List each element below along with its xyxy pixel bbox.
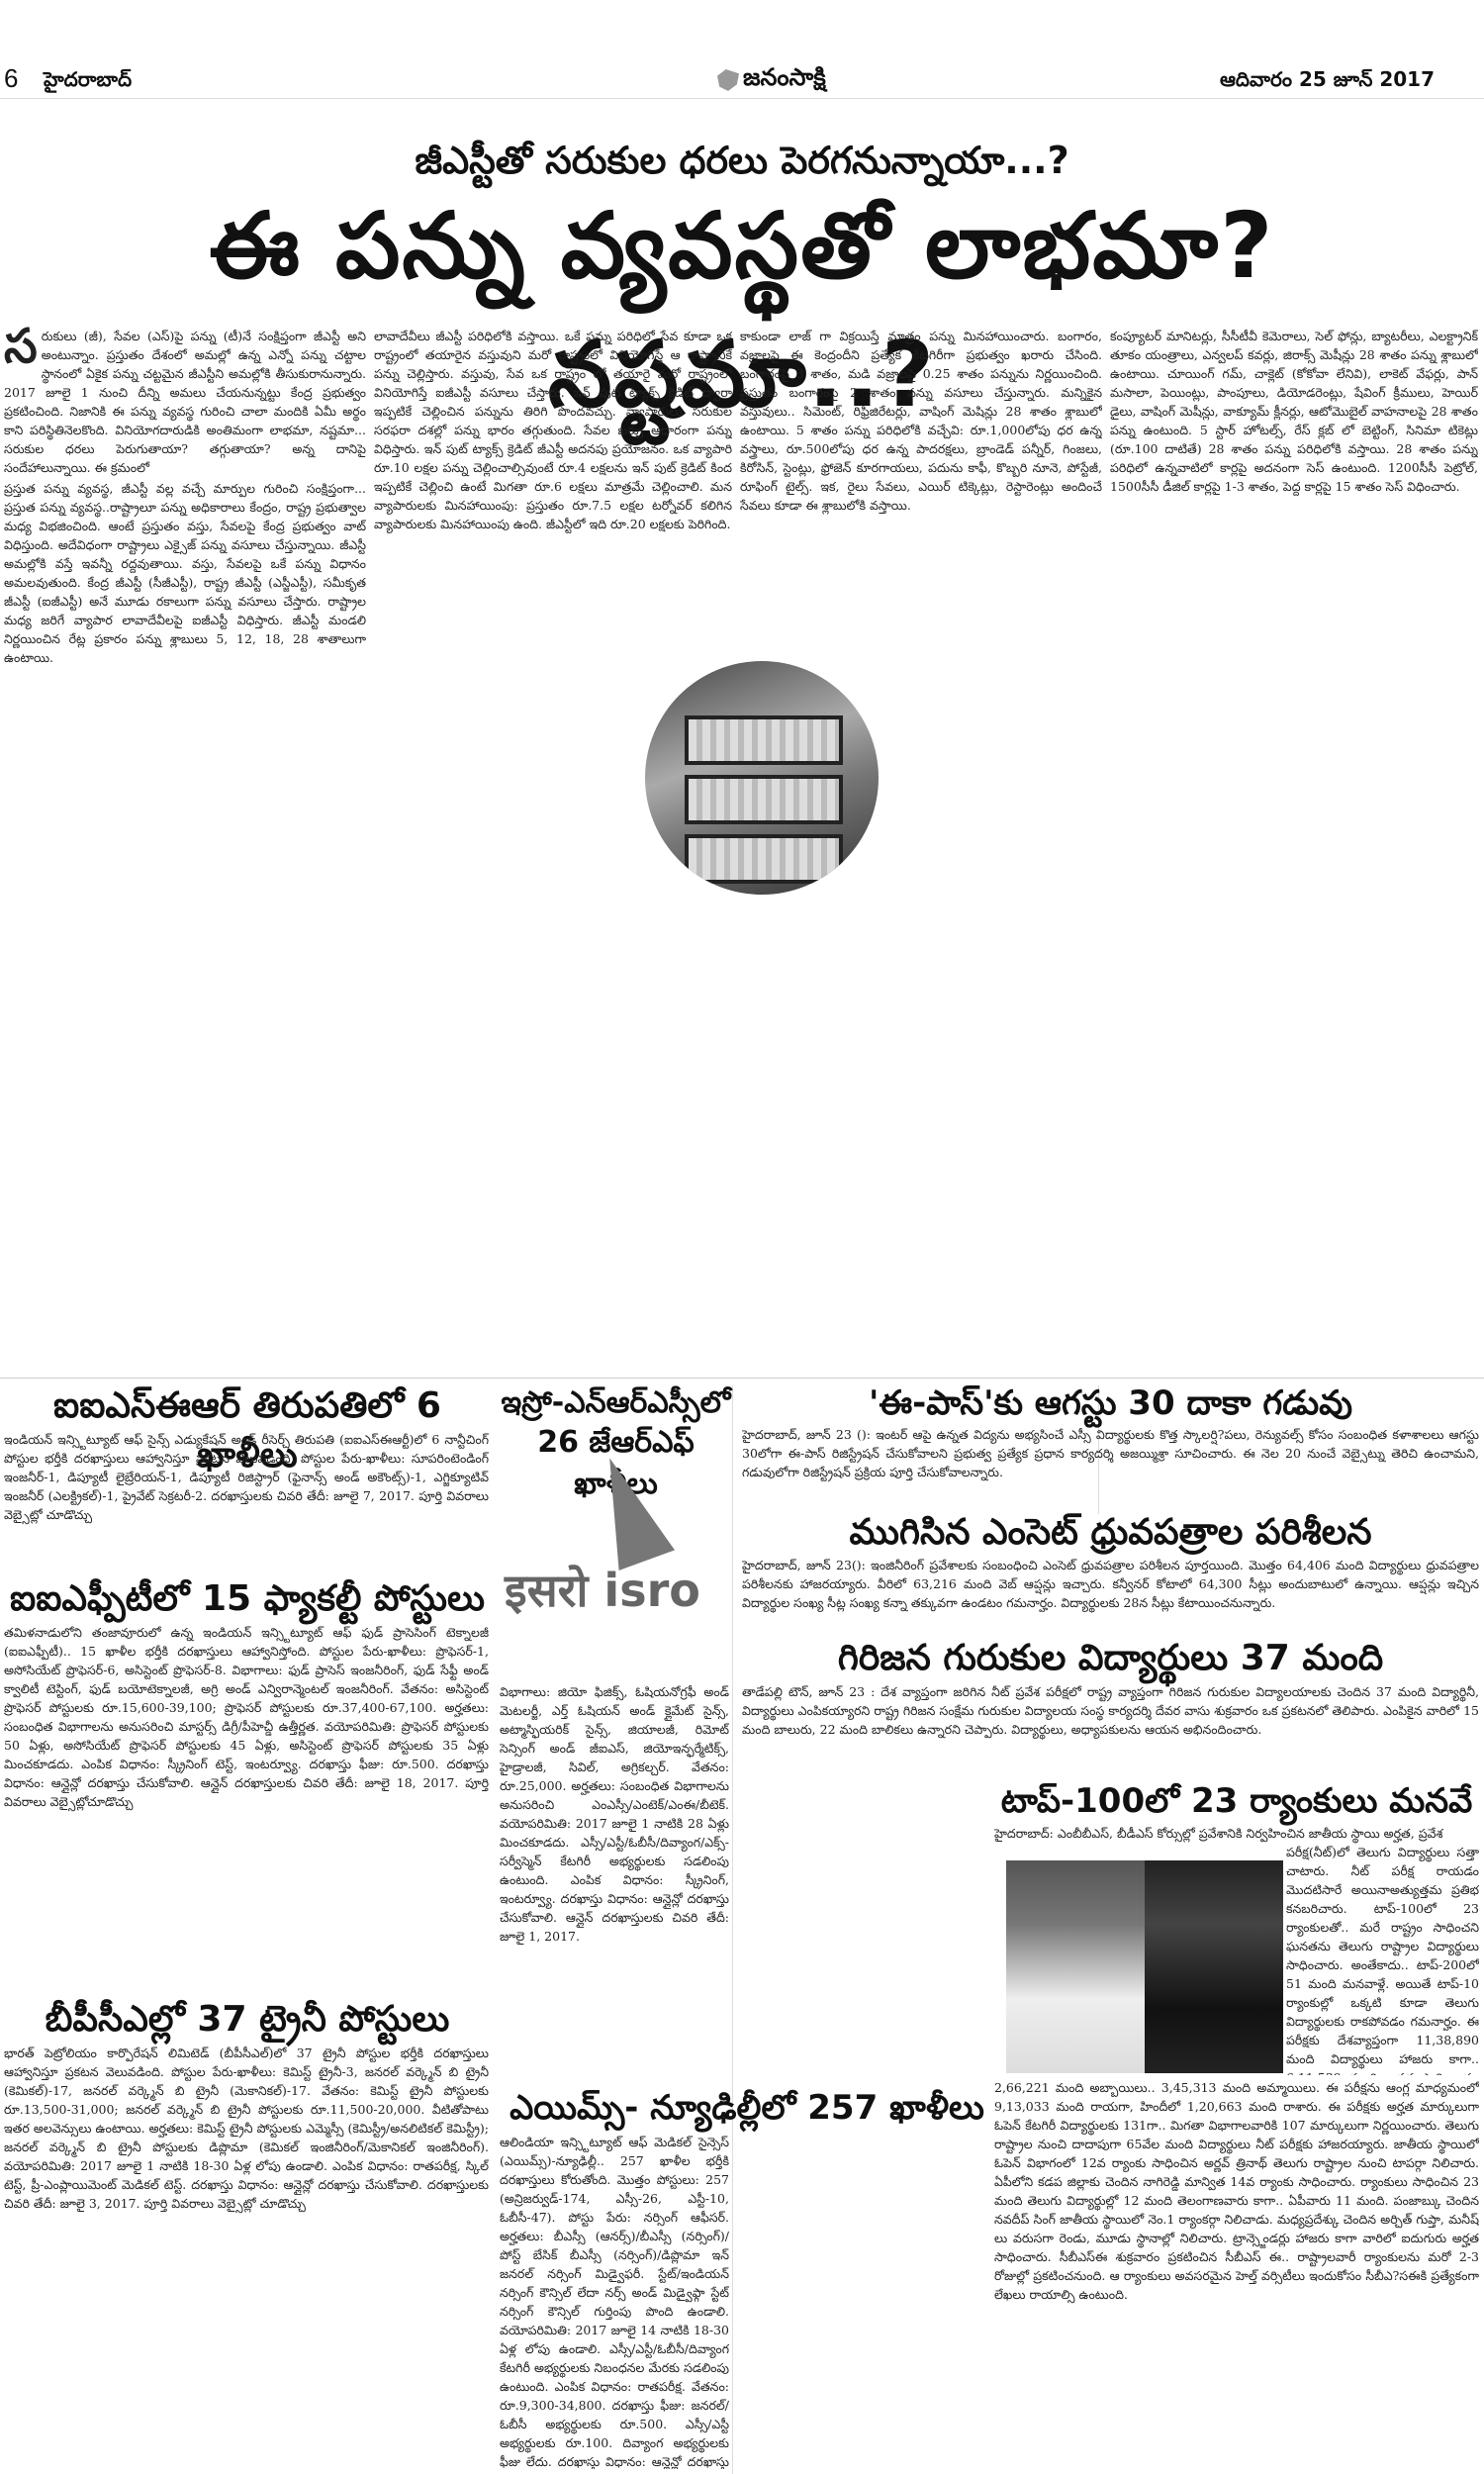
lead-col4-text: కంప్యూటర్ మానిటర్లు, సీసీటీవీ కెమెరాలు, … [1110, 327, 1478, 496]
neet-toppers-photos [1006, 1860, 1283, 2073]
drop-cap: స [4, 327, 38, 366]
isro-title-1: ఇస్రో-ఎన్ఆర్ఎస్సీలో [500, 1385, 732, 1427]
map-logo-icon [717, 69, 739, 91]
page-number: 6 [4, 63, 18, 94]
iiser-body: ఇండియన్ ఇన్స్టిట్యూట్ ఆఫ్ సైన్స్ ఎడ్యుకే… [4, 1430, 489, 1578]
isro-body: విభాగాలు: జియో ఫిజిక్స్, ఓషియనోగ్రఫీ అండ… [500, 1682, 729, 2078]
neet-side: పరీక్ష(నీట్)లో తెలుగు విద్యార్థులు సత్తా… [1286, 1843, 1479, 2075]
rocket-icon [582, 1448, 675, 1570]
neet-title: టాప్-100లో 23 ర్యాంకులు మనవే [989, 1781, 1484, 1829]
iifpt-body: తమిళనాడులోని తంజావూరులో ఉన్న ఇండియన్ ఇన్… [4, 1623, 489, 1954]
lead-column-4: కంప్యూటర్ మానిటర్లు, సీసీటీవీ కెమెరాలు, … [1110, 327, 1478, 1366]
groceries-photo [645, 661, 879, 895]
isro-logo-text: इसरो isro [505, 1559, 700, 1620]
bpcl-body: భారత్ పెట్రోలియం కార్పొరేషన్ లిమిటెడ్ (బ… [4, 2044, 489, 2469]
masthead: జనంసాక్షి [717, 63, 826, 97]
tribal-title: గిరిజన గురుకుల విద్యార్థులు 37 మంది [737, 1638, 1484, 1687]
topper-photo-girl [1145, 1860, 1283, 2073]
epass-title: 'ఈ-పాస్'కు ఆగస్టు 30 దాకా గడువు [737, 1383, 1484, 1431]
epass-body: హైదరాబాద్, జూన్ 23 (): ఇంటర్ ఆపై ఉన్నత వ… [742, 1425, 1479, 1504]
section-name: హైదరాబాద్ [44, 67, 132, 96]
neet-body: 2,66,221 మంది అబ్బాయిలు.. 3,45,313 మంది … [994, 2078, 1479, 2464]
lead-column-1: స రుకులు (జీ), సేవల (ఎస్)పై పన్ను (టీ)నే… [4, 327, 366, 1366]
masthead-text: జనంసాక్షి [743, 63, 826, 97]
eamcet-body: హైదరాబాద్, జూన్ 23(): ఇంజినీరింగ్ ప్రవేశ… [742, 1556, 1479, 1635]
divider [0, 1378, 1484, 1379]
isro-logo: इसरो isro [505, 1455, 752, 1653]
bpcl-title: బీపీసీఎల్లో 37 ట్రైనీ పోస్టులు [0, 1999, 495, 2048]
lead-col3-text: కాకుండా లాజ్ గా విక్రయిస్తే మాత్రం పన్ను… [740, 327, 1102, 515]
eamcet-title: ముగిసిన ఎంసెట్ ధ్రువపత్రాల పరిశీలన [737, 1512, 1484, 1562]
neet-intro: హైదరాబాద్: ఎంబీబీఎస్, బీడీఎస్ కోర్సుల్లో… [994, 1824, 1479, 1844]
aiims-body: ఆలిండియా ఇన్స్టిట్యూట్ ఆఫ్ మెడికల్ సైన్స… [500, 2133, 729, 2469]
lead-col1-rest: ప్రస్తుత పన్ను వ్యవస్థ, జీఎస్టీ వల్ల వచ్… [4, 479, 366, 667]
lead-kicker: జీఎస్టీతో సరుకుల ధరలు పెరగనున్నాయా...? [0, 139, 1484, 192]
lead-col2-text: లావాదేవీలు జీఎస్టీ పరిధిలోకి వస్తాయి. ఒక… [374, 327, 732, 533]
issue-date: ఆదివారం 25 జూన్ 2017 [1220, 67, 1435, 96]
iifpt-title: ఐఐఎఫ్పీటీలో 15 ఫ్యాకల్టీ పోస్టులు [0, 1578, 495, 1628]
topper-photo-boy [1006, 1860, 1145, 2073]
lead-intro: రుకులు (జీ), సేవల (ఎస్)పై పన్ను (టీ)నే స… [4, 327, 366, 477]
tribal-body: తాడేపల్లి టౌన్, జూన్ 23 : దేశ వ్యాప్తంగా… [742, 1682, 1479, 1776]
aiims-title: ఎయిమ్స్- న్యూఢిల్లీలో 257 ఖాళీలు [500, 2088, 994, 2136]
page-header: 6 హైదరాబాద్ జనంసాక్షి ఆదివారం 25 జూన్ 20… [0, 59, 1484, 99]
